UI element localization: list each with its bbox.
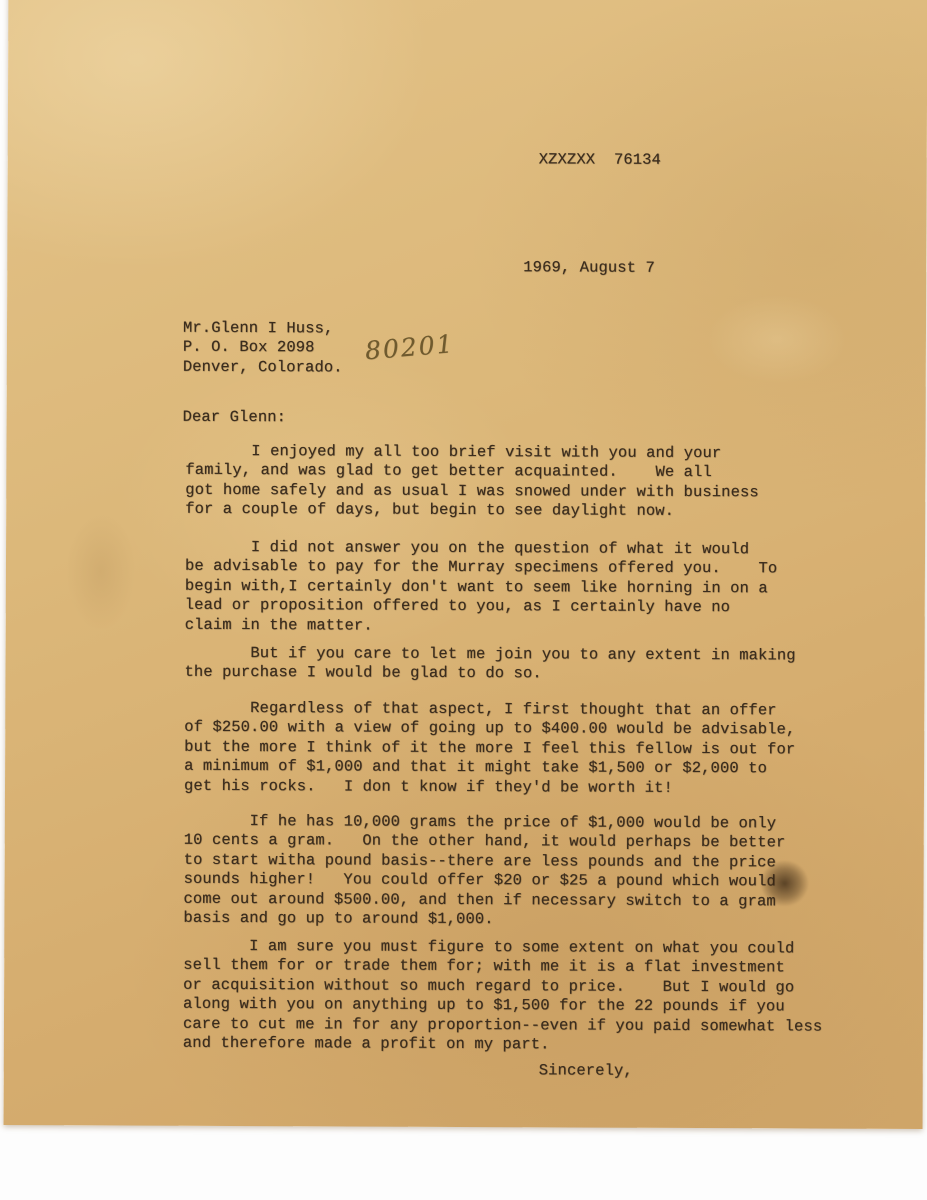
reference-number: XZXZXX 76134 — [539, 150, 661, 170]
paragraph-4: Regardless of that aspect, I first thoug… — [184, 699, 796, 799]
paragraph-5: If he has 10,000 grams the price of $1,0… — [183, 812, 785, 931]
paragraph-6: I am sure you must figure to some extent… — [183, 937, 823, 1056]
scanned-letter: XZXZXX 76134 1969, August 7 Mr.Glenn I H… — [0, 0, 927, 1200]
paragraph-2: I did not answer you on the question of … — [185, 538, 778, 638]
closing-signature: Sincerely, — [539, 1061, 633, 1081]
ink-smudge — [760, 860, 808, 906]
letter-date: 1969, August 7 — [523, 258, 655, 278]
salutation: Dear Glenn: — [183, 408, 287, 428]
letter-paper: XZXZXX 76134 1969, August 7 Mr.Glenn I H… — [4, 0, 927, 1129]
paragraph-3: But if you care to let me join you to an… — [184, 644, 795, 685]
recipient-address: Mr.Glenn I Huss, P. O. Box 2098 Denver, … — [183, 319, 343, 378]
paper-stain — [707, 294, 847, 385]
paragraph-1: I enjoyed my all too brief visit with yo… — [185, 442, 759, 522]
handwritten-zip-code: 80201 — [364, 329, 456, 365]
paper-stain — [66, 511, 137, 631]
